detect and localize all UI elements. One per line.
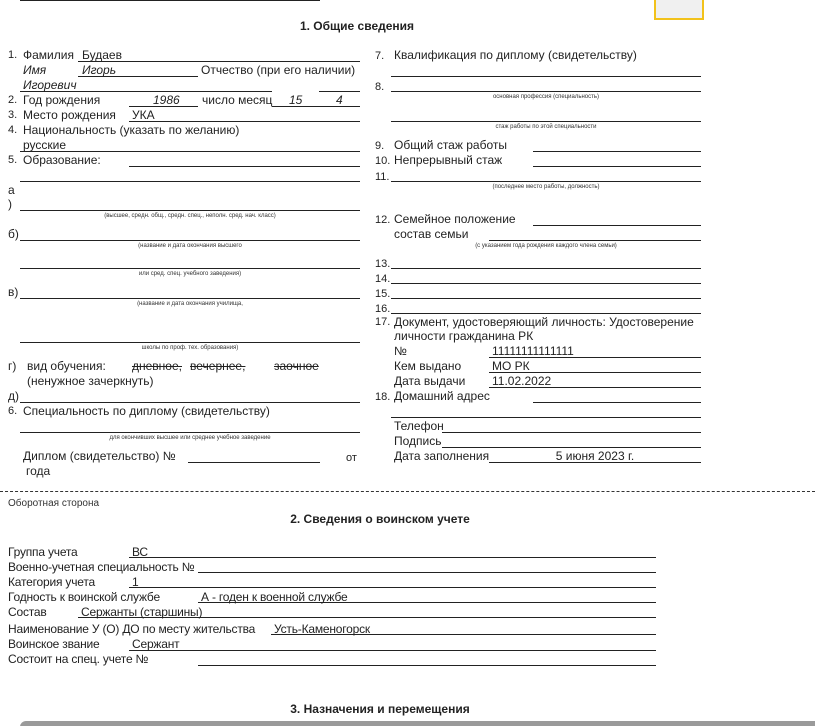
nationality-value[interactable]: русские	[23, 138, 66, 152]
field-18-number: 18.	[375, 390, 390, 404]
total-experience-label: Общий стаж работы	[394, 138, 507, 152]
nationality-line	[20, 151, 360, 152]
edu-b-hint-1: (название и дата окончания высшего	[20, 242, 360, 250]
family-composition-label: состав семьи	[394, 227, 468, 241]
rank-value[interactable]: Сержант	[132, 637, 179, 651]
specialty-label: Специальность по диплому (свидетельству)	[23, 404, 270, 418]
composition-label: Состав	[8, 605, 47, 619]
day-month-label: число месяц	[202, 93, 272, 107]
military-office-label: Наименование У (О) ДО по месту жительств…	[8, 622, 255, 636]
field-16-line	[391, 313, 701, 314]
rank-line	[129, 650, 656, 651]
field-17-number: 17.	[375, 315, 390, 329]
birth-month-value[interactable]: 4	[336, 93, 343, 107]
special-registry-label: Состоит на спец. учете №	[8, 652, 148, 666]
edu-d-label: д)	[8, 389, 19, 403]
id-number-value[interactable]: 11111111111111	[492, 344, 574, 358]
specialty-line	[20, 432, 360, 433]
id-number-line	[489, 357, 701, 358]
edu-b-line-2	[20, 268, 360, 269]
strike-note: (ненужное зачеркнуть)	[27, 374, 154, 388]
study-form-label: вид обучения:	[27, 359, 106, 373]
rank-label: Воинское звание	[8, 637, 100, 651]
edu-d-line	[20, 402, 360, 403]
birth-day-value[interactable]: 15	[289, 93, 302, 107]
birth-day-line	[272, 106, 319, 107]
reg-group-line	[129, 557, 656, 558]
field-15-number: 15.	[375, 287, 390, 301]
surname-value[interactable]: Будаев	[82, 48, 122, 62]
edu-b-hint-2: или сред. спец. учебного заведения)	[20, 270, 360, 278]
reg-category-label: Категория учета	[8, 575, 95, 589]
field-12-number: 12.	[375, 213, 390, 227]
signature-label: Подпись	[394, 434, 442, 448]
issued-by-label: Кем выдано	[394, 359, 461, 373]
edu-a-hint: (высшее, средн. общ., средн. спец., непо…	[20, 212, 360, 220]
reg-category-line	[129, 587, 656, 588]
birthplace-value[interactable]: УКА	[132, 108, 155, 122]
profession-experience-hint: стаж работы по этой специальности	[391, 123, 701, 131]
education-line	[129, 166, 360, 167]
field-10-number: 10.	[375, 154, 390, 168]
section2-title: 2. Сведения о воинском учете	[230, 512, 530, 526]
diploma-label: Диплом (свидетельство) №	[23, 449, 176, 463]
id-document-label: Документ, удостоверяющий личность: Удост…	[394, 315, 694, 329]
home-address-label: Домашний адрес	[394, 389, 490, 403]
last-job-hint: (последнее место работы, должность)	[391, 183, 701, 191]
edu-v-label: в)	[8, 285, 18, 299]
field-1-number: 1.	[8, 48, 17, 62]
profession-experience-line	[391, 121, 701, 122]
field-3-number: 3.	[8, 108, 17, 122]
surname-line	[78, 61, 360, 62]
issue-date-label: Дата выдачи	[394, 374, 465, 388]
corner-box	[654, 0, 704, 20]
name-label: Имя	[23, 63, 46, 77]
field-14-number: 14.	[375, 272, 390, 286]
continuous-experience-label: Непрерывный стаж	[394, 153, 502, 167]
patronymic-label: Отчество (при его наличии)	[201, 63, 355, 77]
name-line	[78, 76, 198, 77]
profession-line	[391, 91, 701, 92]
id-document-label-2: личности гражданина РК	[394, 329, 533, 343]
field-13-number: 13.	[375, 257, 390, 271]
edu-g-label: г)	[8, 359, 16, 373]
fitness-line	[198, 602, 656, 603]
field-14-line	[391, 283, 701, 284]
birth-year-value[interactable]: 1986	[153, 93, 180, 107]
diploma-from-label: от	[346, 451, 357, 465]
signature-line	[442, 447, 701, 448]
edu-v-hint-2: школы по проф. тех. образования)	[20, 344, 360, 352]
name-value[interactable]: Игорь	[82, 63, 116, 77]
fill-date-line	[489, 462, 701, 463]
continuous-experience-line	[533, 166, 701, 167]
education-label: Образование:	[23, 153, 101, 167]
military-office-line	[271, 634, 656, 635]
field-4-number: 4.	[8, 123, 17, 137]
home-address-line-2	[391, 417, 701, 418]
patronymic-value[interactable]: Игоревич	[23, 78, 77, 92]
phone-label: Телефон	[394, 419, 444, 433]
top-line	[20, 0, 320, 1]
specialty-hint: для окончивших высшее или среднее учебно…	[20, 434, 360, 442]
issued-by-line	[489, 372, 701, 373]
edu-v-hint-1: (название и дата окончания училища,	[20, 300, 360, 308]
fitness-label: Годность к воинской службе	[8, 590, 160, 604]
field-5-number: 5.	[8, 153, 17, 167]
birthplace-line	[129, 121, 360, 122]
edu-b-line	[20, 240, 360, 241]
patronymic-line	[20, 91, 272, 92]
id-number-label: №	[394, 344, 407, 358]
education-line-2	[20, 181, 360, 182]
last-job-line	[391, 181, 701, 182]
study-form-correspondence[interactable]: заочное	[274, 359, 319, 373]
horizontal-scrollbar[interactable]	[20, 721, 815, 726]
family-composition-line	[489, 240, 701, 241]
birthplace-label: Место рождения	[23, 108, 116, 122]
patronymic-line-2	[319, 91, 360, 92]
surname-label: Фамилия	[23, 48, 74, 62]
qualification-line	[391, 76, 701, 77]
marital-status-line	[533, 225, 701, 226]
section1-title: 1. Общие сведения	[257, 19, 457, 33]
diploma-number-line	[188, 462, 320, 463]
field-13-line	[391, 268, 701, 269]
study-form-day[interactable]: дневное,	[132, 359, 182, 373]
diploma-year-label: года	[26, 464, 50, 478]
birth-year-line	[129, 106, 198, 107]
page-separator	[0, 491, 815, 492]
issue-date-value[interactable]: 11.02.2022	[492, 374, 551, 388]
home-address-line	[533, 402, 701, 403]
vus-line	[198, 572, 656, 573]
field-9-number: 9.	[375, 139, 384, 153]
edu-v-line-2	[20, 342, 360, 343]
edu-a-line	[20, 210, 360, 211]
section3-title: 3. Назначения и перемещения	[230, 702, 530, 716]
issued-by-value[interactable]: МО РК	[492, 359, 530, 373]
field-8-number: 8.	[375, 80, 384, 94]
reg-group-label: Группа учета	[8, 545, 78, 559]
field-16-number: 16.	[375, 302, 390, 316]
field-7-number: 7.	[375, 49, 384, 63]
back-side-label: Оборотная сторона	[8, 498, 99, 509]
profession-hint: основная профессия (специальность)	[391, 93, 701, 101]
family-composition-hint: (с указанием года рождения каждого члена…	[391, 242, 701, 250]
nationality-label: Национальность (указать по желанию)	[23, 123, 239, 137]
vus-label: Военно-учетная специальность №	[8, 560, 194, 574]
birth-year-label: Год рождения	[23, 93, 100, 107]
issue-date-line	[489, 387, 701, 388]
edu-a-label-2: )	[8, 197, 12, 211]
study-form-evening[interactable]: вечернее,	[190, 359, 245, 373]
field-11-number: 11.	[375, 170, 389, 184]
fill-date-label: Дата заполнения	[394, 449, 489, 463]
phone-line	[442, 432, 701, 433]
qualification-label: Квалификация по диплому (свидетельству)	[394, 48, 637, 62]
fill-date-value[interactable]: 5 июня 2023 г.	[489, 449, 701, 463]
edu-b-label: б)	[8, 227, 19, 241]
special-registry-line	[198, 665, 656, 666]
edu-v-line	[20, 298, 360, 299]
total-experience-line	[533, 151, 701, 152]
field-2-number: 2.	[8, 93, 17, 107]
composition-line	[78, 617, 656, 618]
field-15-line	[391, 298, 701, 299]
edu-a-label-1: а	[8, 183, 15, 197]
field-6-number: 6.	[8, 404, 17, 418]
marital-status-label: Семейное положение	[394, 212, 516, 226]
birth-month-line	[319, 106, 360, 107]
